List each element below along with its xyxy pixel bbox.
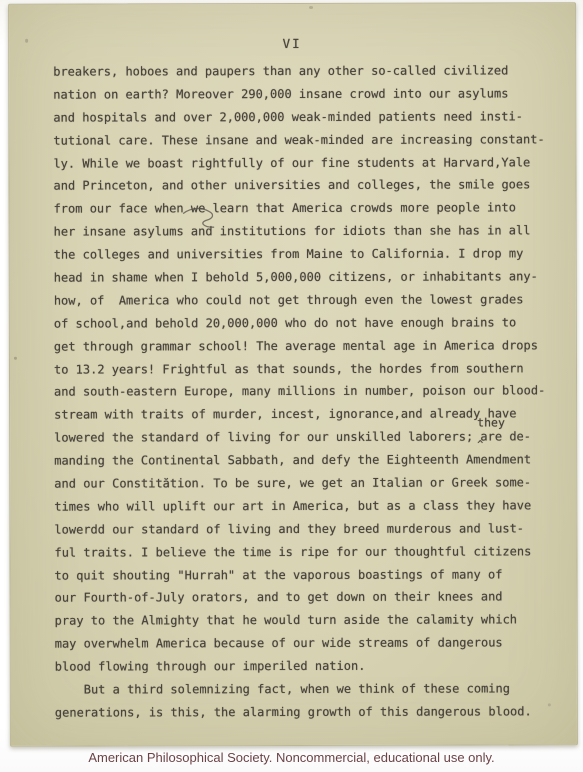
page-number: VI [9,35,575,51]
text-line: to 13.2 years! Frightful as that sounds,… [54,357,559,381]
text-line: lowerdd our standard of living and they … [54,517,559,541]
archive-caption: American Philosophical Society. Noncomme… [0,750,583,765]
text-line: from our face when we learn that America… [54,197,559,221]
text-line: her insane asylums and institutions for … [54,220,559,244]
text-line: and hospitals and over 2,000,000 weak-mi… [53,105,558,129]
text-line: and our Constitătion. To be sure, we get… [54,471,559,495]
text-line: ly. While we boast rightfully of our fin… [53,151,558,175]
text-line: and south-eastern Europe, many millions … [54,380,559,404]
insertion-caret: ^ [477,441,483,451]
text-line: to quit shouting "Hurrah" at the vaporou… [54,563,559,587]
document-page: VI breakers, hoboes and paupers than any… [8,2,578,746]
text-line: our Fourth-of-July orators, and to get d… [55,586,560,610]
text-line: head in shame when I behold 5,000,000 ci… [54,265,559,289]
text-line: blood flowing through our imperiled nati… [55,654,560,678]
text-line: may overwhelm America because of our wid… [55,632,560,656]
text-line: the colleges and universities from Maine… [54,242,559,266]
scan-background: VI breakers, hoboes and paupers than any… [0,0,583,772]
paper-speck [25,39,28,43]
text-line: But a third solemnizing fact, when we th… [55,677,560,701]
paper-speck [548,703,551,706]
text-line: get through grammar school! The average … [54,334,559,358]
text-line: generations, is this, the alarming growt… [55,700,560,724]
text-lines: breakers, hoboes and paupers than any ot… [53,59,560,724]
text-line: of school,and behold 20,000,000 who do n… [54,311,559,335]
text-line: breakers, hoboes and paupers than any ot… [53,59,558,83]
text-line: tutional care. These insane and weak-min… [53,128,558,152]
paper-speck [14,357,17,360]
paper-speck [309,6,313,9]
text-line: nation on earth? Moreover 290,000 insane… [53,82,558,106]
text-line: lowered the standard of living for our u… [54,426,559,450]
text-line: manding the Continental Sabbath, and def… [54,448,559,472]
text-line: ful traits. I believe the time is ripe f… [54,540,559,564]
text-line: times who will uplift our art in America… [54,494,559,518]
inserted-word: they [477,418,505,429]
text-line: how, of America who could not get throug… [54,288,559,312]
text-line: pray to the Almighty that he would turn … [55,609,560,633]
text-line: and Princeton, and other universities an… [53,174,558,198]
